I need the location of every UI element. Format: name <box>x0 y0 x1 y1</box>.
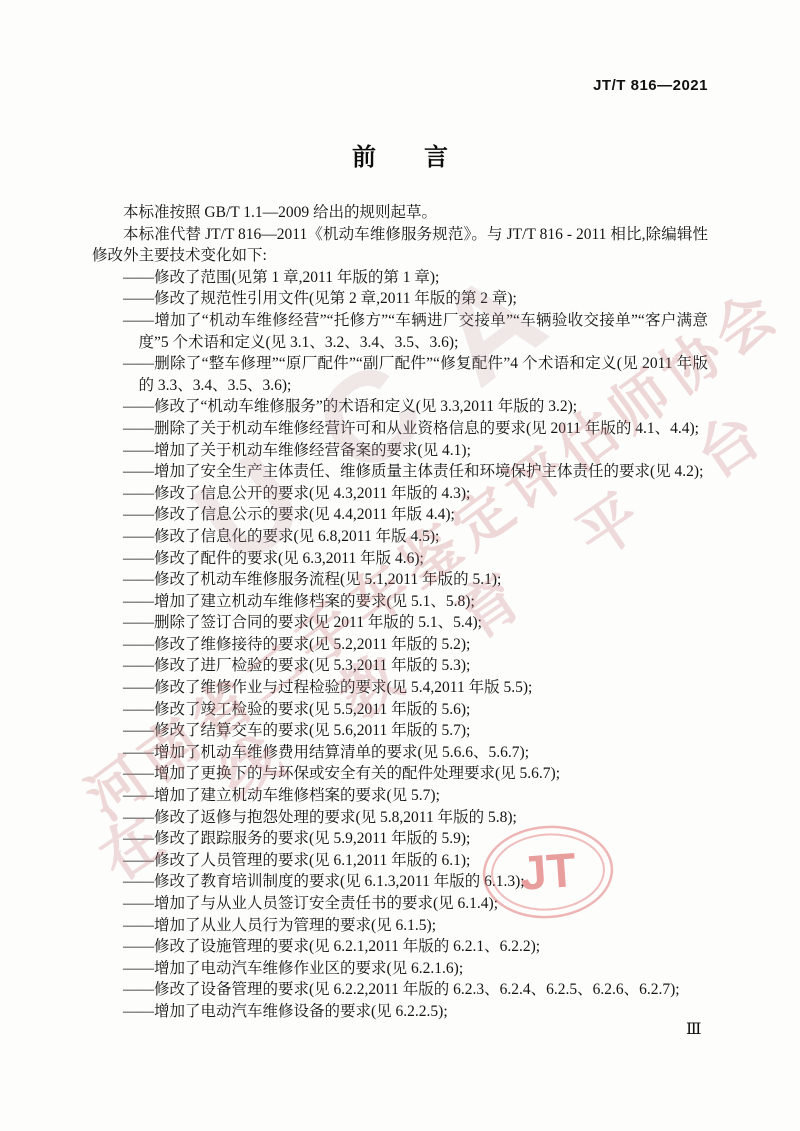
change-item: ——修改了进厂检验的要求(见 5.3,2011 年版的 5.3); <box>92 655 708 677</box>
item-dash: —— <box>123 506 154 523</box>
foreword-paragraph: 本标准代替 JT/T 816—2011《机动车维修服务规范》。与 JT/T 81… <box>92 224 708 267</box>
change-item: ——修改了结算交车的要求(见 5.6,2011 年版的 5.7); <box>92 720 708 742</box>
change-item: ——删除了“整车修理”“原厂配件”“副厂配件”“修复配件”4 个术语和定义(见 … <box>92 353 708 396</box>
standard-number: JT/T 816—2021 <box>593 77 708 94</box>
item-text: 删除了“整车修理”“原厂配件”“副厂配件”“修复配件”4 个术语和定义(见 20… <box>139 355 709 394</box>
item-dash: —— <box>123 1003 154 1020</box>
change-item: ——增加了机动车维修费用结算清单的要求(见 5.6.6、5.6.7); <box>92 742 708 764</box>
document-page: JT/T 816—2021 前 言 本标准按照 GB/T 1.1—2009 给出… <box>0 0 800 1131</box>
change-item: ——增加了“机动车维修经营”“托修方”“车辆进厂交接单”“车辆验收交接单”“客户… <box>92 310 708 353</box>
item-dash: —— <box>123 657 154 674</box>
change-item: ——删除了关于机动车维修经营许可和从业资格信息的要求(见 2011 年版的 4.… <box>92 418 708 440</box>
item-dash: —— <box>123 679 154 696</box>
foreword-content: 本标准按照 GB/T 1.1—2009 给出的规则起草。 本标准代替 JT/T … <box>92 202 708 1023</box>
change-item: ——修改了信息化的要求(见 6.8,2011 年版 4.5); <box>92 526 708 548</box>
item-text: 增加了建立机动车维修档案的要求(见 5.1、5.8); <box>154 593 475 610</box>
item-text: 删除了签订合同的要求(见 2011 年版的 5.1、5.4); <box>154 614 482 631</box>
item-dash: —— <box>123 614 154 631</box>
item-text: 修改了竣工检验的要求(见 5.5,2011 年版的 5.6); <box>154 701 470 718</box>
item-text: 修改了信息公开的要求(见 4.3,2011 年版的 4.3); <box>154 485 470 502</box>
change-item: ——增加了建立机动车维修档案的要求(见 5.7); <box>92 785 708 807</box>
item-dash: —— <box>123 398 154 415</box>
change-item: ——增加了关于机动车维修经营备案的要求(见 4.1); <box>92 440 708 462</box>
item-dash: —— <box>123 269 154 286</box>
change-item: ——增加了建立机动车维修档案的要求(见 5.1、5.8); <box>92 591 708 613</box>
change-item: ——修改了机动车维修服务流程(见 5.1,2011 年版的 5.1); <box>92 569 708 591</box>
change-item: ——修改了规范性引用文件(见第 2 章,2011 年版的第 2 章); <box>92 288 708 310</box>
item-dash: —— <box>123 636 154 653</box>
item-dash: —— <box>123 960 154 977</box>
item-text: 修改了“机动车维修服务”的术语和定义(见 3.3,2011 年版的 3.2); <box>154 398 577 415</box>
item-dash: —— <box>123 895 154 912</box>
item-text: 修改了人员管理的要求(见 6.1,2011 年版的 6.1); <box>154 852 470 869</box>
item-text: 增加了从业人员行为管理的要求(见 6.1.5); <box>154 917 436 934</box>
item-text: 增加了与从业人员签订安全责任书的要求(见 6.1.4); <box>154 895 498 912</box>
item-text: 修改了维修接待的要求(见 5.2,2011 年版的 5.2); <box>154 636 470 653</box>
change-item: ——修改了竣工检验的要求(见 5.5,2011 年版的 5.6); <box>92 699 708 721</box>
item-dash: —— <box>123 765 154 782</box>
item-text: 修改了设备管理的要求(见 6.2.2,2011 年版的 6.2.3、6.2.4、… <box>154 981 680 998</box>
item-dash: —— <box>123 852 154 869</box>
change-item: ——修改了信息公开的要求(见 4.3,2011 年版的 4.3); <box>92 483 708 505</box>
item-text: 修改了返修与抱怨处理的要求(见 5.8,2011 年版的 5.8); <box>154 809 517 826</box>
item-dash: —— <box>123 550 154 567</box>
item-text: 增加了安全生产主体责任、维修质量主体责任和环境保护主体责任的要求(见 4.2); <box>154 463 703 480</box>
change-item: ——修改了配件的要求(见 6.3,2011 年版 4.6); <box>92 548 708 570</box>
item-dash: —— <box>123 873 154 890</box>
item-text: 增加了电动汽车维修设备的要求(见 6.2.2.5); <box>154 1003 448 1020</box>
item-dash: —— <box>123 355 154 372</box>
change-item: ——修改了设备管理的要求(见 6.2.2,2011 年版的 6.2.3、6.2.… <box>92 979 708 1001</box>
item-text: 修改了配件的要求(见 6.3,2011 年版 4.6); <box>154 550 424 567</box>
item-text: 修改了教育培训制度的要求(见 6.1.3,2011 年版的 6.1.3); <box>154 873 525 890</box>
item-text: 修改了进厂检验的要求(见 5.3,2011 年版的 5.3); <box>154 657 470 674</box>
item-dash: —— <box>123 528 154 545</box>
item-dash: —— <box>123 744 154 761</box>
item-dash: —— <box>123 485 154 502</box>
item-dash: —— <box>123 593 154 610</box>
change-item: ——增加了安全生产主体责任、维修质量主体责任和环境保护主体责任的要求(见 4.2… <box>92 461 708 483</box>
item-text: 修改了设施管理的要求(见 6.2.1,2011 年版的 6.2.1、6.2.2)… <box>154 938 540 955</box>
changes-list: ——修改了范围(见第 1 章,2011 年版的第 1 章);——修改了规范性引用… <box>92 267 708 1023</box>
item-dash: —— <box>123 917 154 934</box>
change-item: ——修改了跟踪服务的要求(见 5.9,2011 年版的 5.9); <box>92 828 708 850</box>
item-dash: —— <box>123 463 154 480</box>
item-text: 修改了范围(见第 1 章,2011 年版的第 1 章); <box>154 269 439 286</box>
item-dash: —— <box>123 571 154 588</box>
item-dash: —— <box>123 701 154 718</box>
item-dash: —— <box>123 722 154 739</box>
item-dash: —— <box>123 312 154 329</box>
item-dash: —— <box>123 420 154 437</box>
item-text: 增加了“机动车维修经营”“托修方”“车辆进厂交接单”“车辆验收交接单”“客户满意… <box>139 312 709 351</box>
foreword-paragraph: 本标准按照 GB/T 1.1—2009 给出的规则起草。 <box>92 202 708 224</box>
change-item: ——增加了电动汽车维修作业区的要求(见 6.2.1.6); <box>92 958 708 980</box>
item-text: 修改了信息化的要求(见 6.8,2011 年版 4.5); <box>154 528 439 545</box>
item-text: 修改了维修作业与过程检验的要求(见 5.4,2011 年版 5.5); <box>154 679 532 696</box>
item-text: 增加了机动车维修费用结算清单的要求(见 5.6.6、5.6.7); <box>154 744 529 761</box>
change-item: ——增加了电动汽车维修设备的要求(见 6.2.2.5); <box>92 1001 708 1023</box>
item-dash: —— <box>123 787 154 804</box>
page-title: 前 言 <box>0 137 800 172</box>
change-item: ——修改了维修作业与过程检验的要求(见 5.4,2011 年版 5.5); <box>92 677 708 699</box>
item-dash: —— <box>123 938 154 955</box>
change-item: ——修改了维修接待的要求(见 5.2,2011 年版的 5.2); <box>92 634 708 656</box>
item-dash: —— <box>123 442 154 459</box>
item-text: 删除了关于机动车维修经营许可和从业资格信息的要求(见 2011 年版的 4.1、… <box>154 420 699 437</box>
change-item: ——删除了签订合同的要求(见 2011 年版的 5.1、5.4); <box>92 612 708 634</box>
change-item: ——修改了设施管理的要求(见 6.2.1,2011 年版的 6.2.1、6.2.… <box>92 936 708 958</box>
item-text: 修改了结算交车的要求(见 5.6,2011 年版的 5.7); <box>154 722 470 739</box>
item-text: 增加了电动汽车维修作业区的要求(见 6.2.1.6); <box>154 960 463 977</box>
change-item: ——增加了从业人员行为管理的要求(见 6.1.5); <box>92 915 708 937</box>
change-item: ——修改了人员管理的要求(见 6.1,2011 年版的 6.1); <box>92 850 708 872</box>
item-text: 修改了跟踪服务的要求(见 5.9,2011 年版的 5.9); <box>154 830 470 847</box>
item-text: 增加了建立机动车维修档案的要求(见 5.7); <box>154 787 440 804</box>
item-dash: —— <box>123 290 154 307</box>
item-text: 修改了机动车维修服务流程(见 5.1,2011 年版的 5.1); <box>154 571 501 588</box>
page-number: Ⅲ <box>686 1019 701 1039</box>
item-text: 修改了规范性引用文件(见第 2 章,2011 年版的第 2 章); <box>154 290 517 307</box>
item-dash: —— <box>123 981 154 998</box>
change-item: ——修改了“机动车维修服务”的术语和定义(见 3.3,2011 年版的 3.2)… <box>92 396 708 418</box>
change-item: ——增加了更换下的与环保或安全有关的配件处理要求(见 5.6.7); <box>92 763 708 785</box>
change-item: ——修改了教育培训制度的要求(见 6.1.3,2011 年版的 6.1.3); <box>92 871 708 893</box>
change-item: ——修改了范围(见第 1 章,2011 年版的第 1 章); <box>92 267 708 289</box>
item-dash: —— <box>123 830 154 847</box>
change-item: ——增加了与从业人员签订安全责任书的要求(见 6.1.4); <box>92 893 708 915</box>
change-item: ——修改了返修与抱怨处理的要求(见 5.8,2011 年版的 5.8); <box>92 807 708 829</box>
item-text: 增加了更换下的与环保或安全有关的配件处理要求(见 5.6.7); <box>154 765 560 782</box>
item-dash: —— <box>123 809 154 826</box>
item-text: 增加了关于机动车维修经营备案的要求(见 4.1); <box>154 442 471 459</box>
item-text: 修改了信息公示的要求(见 4.4,2011 年版 4.4); <box>154 506 455 523</box>
change-item: ——修改了信息公示的要求(见 4.4,2011 年版 4.4); <box>92 504 708 526</box>
